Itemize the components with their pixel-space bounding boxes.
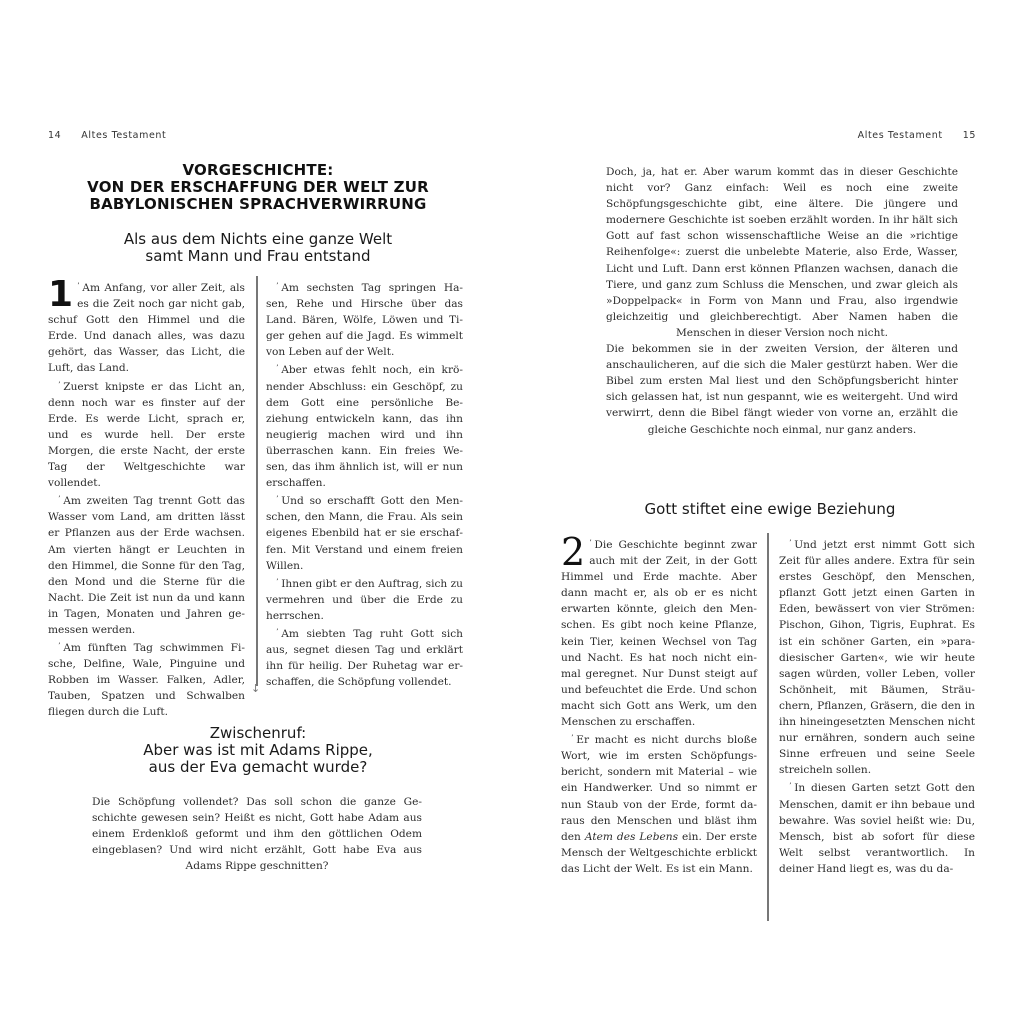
verse-text: Und jetzt erst nimmt Gott sich Zeit für … — [779, 539, 975, 776]
interjection-heading: Zwischenruf: Aber was ist mit Adams Ripp… — [48, 725, 468, 776]
intro-paragraph: Die bekommen sie in der zweiten Version,… — [606, 341, 958, 438]
verse-paragraph: ʼAm siebten Tag ruht Gott sich aus, segn… — [266, 624, 463, 690]
verse-mark-icon: ʼ — [789, 539, 791, 547]
verse-text: Und so erschafft Gott den Men­schen, den… — [266, 495, 463, 571]
verse-paragraph: ʼEr macht es nicht durchs bloße Wort, wi… — [561, 730, 757, 877]
verse-mark-icon: ʼ — [58, 381, 60, 389]
verse-mark-icon: ʼ — [789, 782, 791, 790]
heading-line: BABYLONISCHEN SPRACHVERWIRRUNG — [48, 196, 468, 213]
column-divider — [256, 276, 258, 686]
subheading-line: samt Mann und Frau entstand — [48, 248, 468, 265]
interjection-paragraph: Die Schöpfung vollendet? Das soll schon … — [92, 794, 422, 874]
verse-mark-icon: ʼ — [58, 642, 60, 650]
intro-paragraph: Doch, ja, hat er. Aber warum kommt das i… — [606, 164, 958, 341]
verse-mark-icon: ʼ — [276, 364, 278, 372]
italic-phrase: Atem des Lebens — [585, 831, 678, 843]
verse-text: Am Anfang, vor aller Zeit, als es die Ze… — [48, 282, 245, 374]
running-head-title: Altes Testament — [81, 130, 166, 141]
running-head-right: Altes Testament15 — [858, 130, 976, 141]
page-number: 14 — [48, 130, 61, 141]
verse-paragraph: ʼIn diesen Garten setzt Gott den Mensche… — [779, 778, 975, 877]
verse-mark-icon: ʼ — [58, 495, 60, 503]
interjection-text: Die Schöpfung vollendet? Das soll schon … — [92, 794, 422, 874]
verse-mark-icon: ʼ — [77, 282, 79, 290]
verse-mark-icon: ʼ — [276, 282, 278, 290]
verse-paragraph: ʼUnd jetzt erst nimmt Gott sich Zeit für… — [779, 535, 975, 778]
verse-paragraph: ʼAm fünften Tag schwimmen Fi­sche, Delfi… — [48, 638, 245, 720]
column-divider — [767, 533, 769, 921]
subheading-line: Als aus dem Nichts eine ganze Welt — [48, 231, 468, 248]
section-heading: VORGESCHICHTE: VON DER ERSCHAFFUNG DER W… — [48, 162, 468, 213]
chapter-subheading: Als aus dem Nichts eine ganze Welt samt … — [48, 231, 468, 265]
verse-mark-icon: ʼ — [276, 495, 278, 503]
heading-line: Aber was ist mit Adams Rippe, — [48, 742, 468, 759]
verse-paragraph: ʼAber etwas fehlt noch, ein krö­nender A… — [266, 360, 463, 491]
verse-text: Die Geschichte beginnt zwar auch mit der… — [561, 539, 757, 728]
verse-paragraph: ʼZuerst knipste er das Licht an, denn no… — [48, 377, 245, 492]
verse-text: Am fünften Tag schwimmen Fi­sche, Delfin… — [48, 642, 245, 718]
verse-text: Er macht es nicht durchs bloße Wort, wie… — [561, 734, 757, 843]
heading-line: VORGESCHICHTE: — [48, 162, 468, 179]
page-number: 15 — [963, 130, 976, 141]
verse-text: Am sechsten Tag springen Ha­sen, Rehe un… — [266, 282, 463, 358]
left-column-2: ʼAm sechsten Tag springen Ha­sen, Rehe u… — [266, 278, 463, 690]
heading-line: aus der Eva gemacht wurde? — [48, 759, 468, 776]
heading-line: Zwischenruf: — [48, 725, 468, 742]
verse-paragraph: ʼAm sechsten Tag springen Ha­sen, Rehe u… — [266, 278, 463, 360]
verse-mark-icon: ʼ — [589, 539, 591, 547]
chapter-number: 1 — [48, 281, 73, 309]
verse-paragraph: ʼUnd so erschafft Gott den Men­schen, de… — [266, 491, 463, 573]
verse-text: Zuerst knipste er das Licht an, denn noc… — [48, 381, 245, 490]
verse-text: Ihnen gibt er den Auftrag, sich zu verme… — [266, 578, 463, 622]
verse-text: Am zweiten Tag trennt Gott das Wasser vo… — [48, 495, 245, 636]
chapter-number: 2 — [561, 538, 585, 566]
right-column-1: 2ʼDie Geschichte beginnt zwar auch mit d… — [561, 535, 757, 877]
chapter-subheading: Gott stiftet eine ewige Beziehung — [560, 501, 980, 518]
right-column-2: ʼUnd jetzt erst nimmt Gott sich Zeit für… — [779, 535, 975, 877]
verse-paragraph: 1ʼAm Anfang, vor aller Zeit, als es die … — [48, 278, 245, 377]
verse-mark-icon: ʼ — [571, 734, 573, 742]
verse-paragraph: ʼIhnen gibt er den Auftrag, sich zu verm… — [266, 574, 463, 624]
down-arrow-icon: ↓ — [251, 684, 260, 694]
verse-paragraph: 2ʼDie Geschichte beginnt zwar auch mit d… — [561, 535, 757, 730]
verse-text: In diesen Garten setzt Gott den Menschen… — [779, 782, 975, 874]
verse-text: Am siebten Tag ruht Gott sich aus, segne… — [266, 628, 463, 688]
heading-line: VON DER ERSCHAFFUNG DER WELT ZUR — [48, 179, 468, 196]
verse-mark-icon: ʼ — [276, 628, 278, 636]
intro-text: Doch, ja, hat er. Aber warum kommt das i… — [606, 164, 958, 438]
left-column-1: 1ʼAm Anfang, vor aller Zeit, als es die … — [48, 278, 245, 721]
verse-mark-icon: ʼ — [276, 578, 278, 586]
verse-text: Aber etwas fehlt noch, ein krö­nender Ab… — [266, 364, 463, 489]
running-head-title: Altes Testament — [858, 130, 943, 141]
verse-paragraph: ʼAm zweiten Tag trennt Gott das Wasser v… — [48, 491, 245, 638]
running-head-left: 14Altes Testament — [48, 130, 166, 141]
